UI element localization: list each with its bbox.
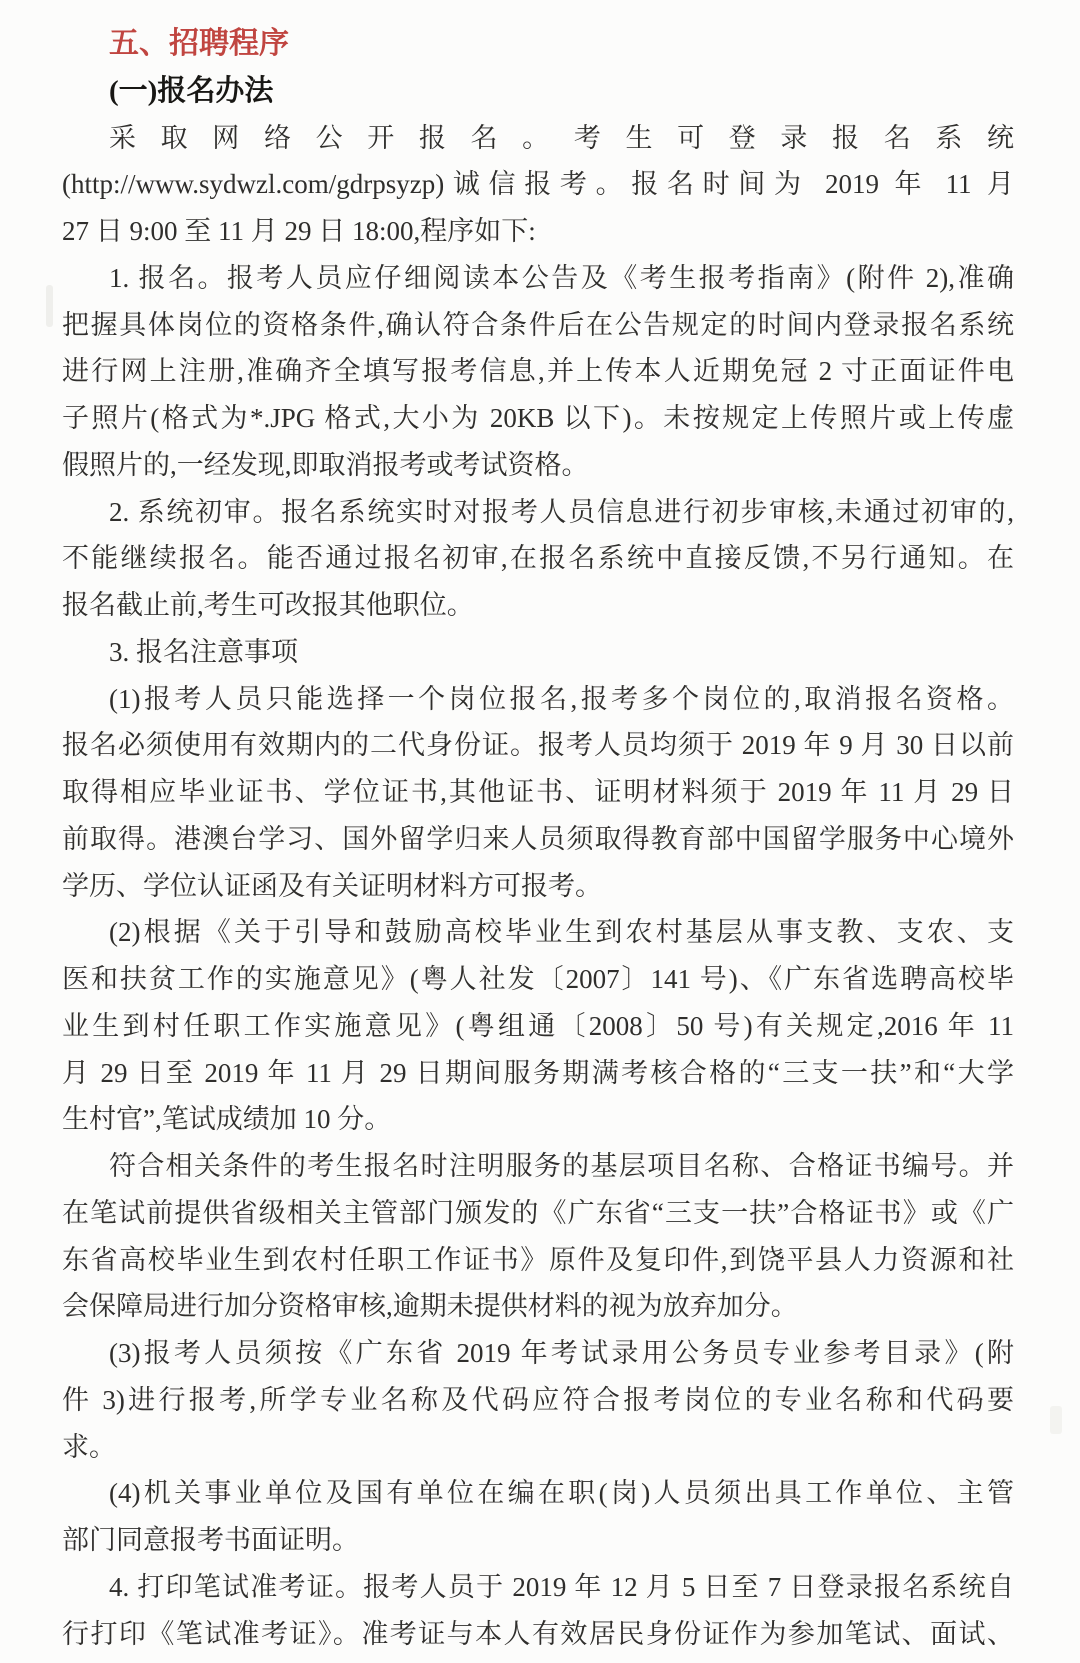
paragraph-line: 不能继续报名。能否通过报名初审,在报名系统中直接反馈,不另行通知。在 [62, 535, 1014, 582]
paragraph-line: (http://www.sydwzl.com/gdrpsyzp)诚信报考。报名时… [62, 161, 1014, 208]
paragraph-line: 报名必须使用有效期内的二代身份证。报考人员均须于 2019 年 9 月 30 日… [62, 722, 1014, 769]
paragraph-line: 2. 系统初审。报名系统实时对报考人员信息进行初步审核,未通过初审的, [62, 489, 1014, 536]
paragraph-line: 符合相关条件的考生报名时注明服务的基层项目名称、合格证书编号。并 [62, 1143, 1014, 1190]
paragraph-line: 把握具体岗位的资格条件,确认符合条件后在公告规定的时间内登录报名系统 [62, 302, 1014, 349]
paragraph-line: 业生到村任职工作实施意见》(粤组通〔2008〕50 号)有关规定,2016 年 … [62, 1003, 1014, 1050]
paragraph-line: 采取网络公开报名。考生可登录报名系统 [62, 115, 1014, 162]
paragraph-line: (4)机关事业单位及国有单位在编在职(岗)人员须出具工作单位、主管 [62, 1470, 1014, 1517]
paragraph-line: 前取得。港澳台学习、国外留学归来人员须取得教育部中国留学服务中心境外 [62, 816, 1014, 863]
paragraph-line: 部门同意报考书面证明。 [62, 1517, 1014, 1564]
paragraph-line: 子照片(格式为*.JPG 格式,大小为 20KB 以下)。未按规定上传照片或上传… [62, 395, 1014, 442]
paragraph-line: (1)报考人员只能选择一个岗位报名,报考多个岗位的,取消报名资格。 [62, 676, 1014, 723]
scan-artifact [46, 285, 53, 327]
paragraph-line: 会保障局进行加分资格审核,逾期未提供材料的视为放弃加分。 [62, 1283, 1014, 1330]
subsection-heading-registration-method: (一)报名办法 [62, 68, 1014, 115]
paragraph-line: 学历、学位认证函及有关证明材料方可报考。 [62, 863, 1014, 910]
paragraph-line: (3)报考人员须按《广东省 2019 年考试录用公务员专业参考目录》(附 [62, 1330, 1014, 1377]
paragraph-line: 月 29 日至 2019 年 11 月 29 日期间服务期满考核合格的“三支一扶… [62, 1050, 1014, 1097]
paragraph-line: 27 日 9:00 至 11 月 29 日 18:00,程序如下: [62, 208, 1014, 255]
paragraph-line: 件 3)进行报考,所学专业名称及代码应符合报考岗位的专业名称和代码要 [62, 1377, 1014, 1424]
paragraph-line: (2)根据《关于引导和鼓励高校毕业生到农村基层从事支教、支农、支 [62, 909, 1014, 956]
section-heading-recruitment-procedure: 五、招聘程序 [62, 21, 1014, 68]
document-body: 五、招聘程序(一)报名办法采取网络公开报名。考生可登录报名系统(http://w… [62, 21, 1014, 1657]
paragraph-line: 3. 报名注意事项 [62, 629, 1014, 676]
paragraph-line: 假照片的,一经发现,即取消报考或考试资格。 [62, 442, 1014, 489]
scan-artifact [1050, 1406, 1062, 1434]
scanned-document-page: 五、招聘程序(一)报名办法采取网络公开报名。考生可登录报名系统(http://w… [0, 0, 1080, 1663]
paragraph-line: 行打印《笔试准考证》。准考证与本人有效居民身份证作为参加笔试、面试、 [62, 1611, 1014, 1658]
paragraph-line: 东省高校毕业生到农村任职工作证书》原件及复印件,到饶平县人力资源和社 [62, 1237, 1014, 1284]
paragraph-line: 取得相应毕业证书、学位证书,其他证书、证明材料须于 2019 年 11 月 29… [62, 769, 1014, 816]
paragraph-line: 4. 打印笔试准考证。报考人员于 2019 年 12 月 5 日至 7 日登录报… [62, 1564, 1014, 1611]
paragraph-line: 生村官”,笔试成绩加 10 分。 [62, 1096, 1014, 1143]
paragraph-line: 在笔试前提供省级相关主管部门颁发的《广东省“三支一扶”合格证书》或《广 [62, 1190, 1014, 1237]
paragraph-line: 求。 [62, 1424, 1014, 1471]
paragraph-line: 医和扶贫工作的实施意见》(粤人社发〔2007〕141 号)、《广东省选聘高校毕 [62, 956, 1014, 1003]
paragraph-line: 1. 报名。报考人员应仔细阅读本公告及《考生报考指南》(附件 2),准确 [62, 255, 1014, 302]
paragraph-line: 报名截止前,考生可改报其他职位。 [62, 582, 1014, 629]
paragraph-line: 进行网上注册,准确齐全填写报考信息,并上传本人近期免冠 2 寸正面证件电 [62, 348, 1014, 395]
